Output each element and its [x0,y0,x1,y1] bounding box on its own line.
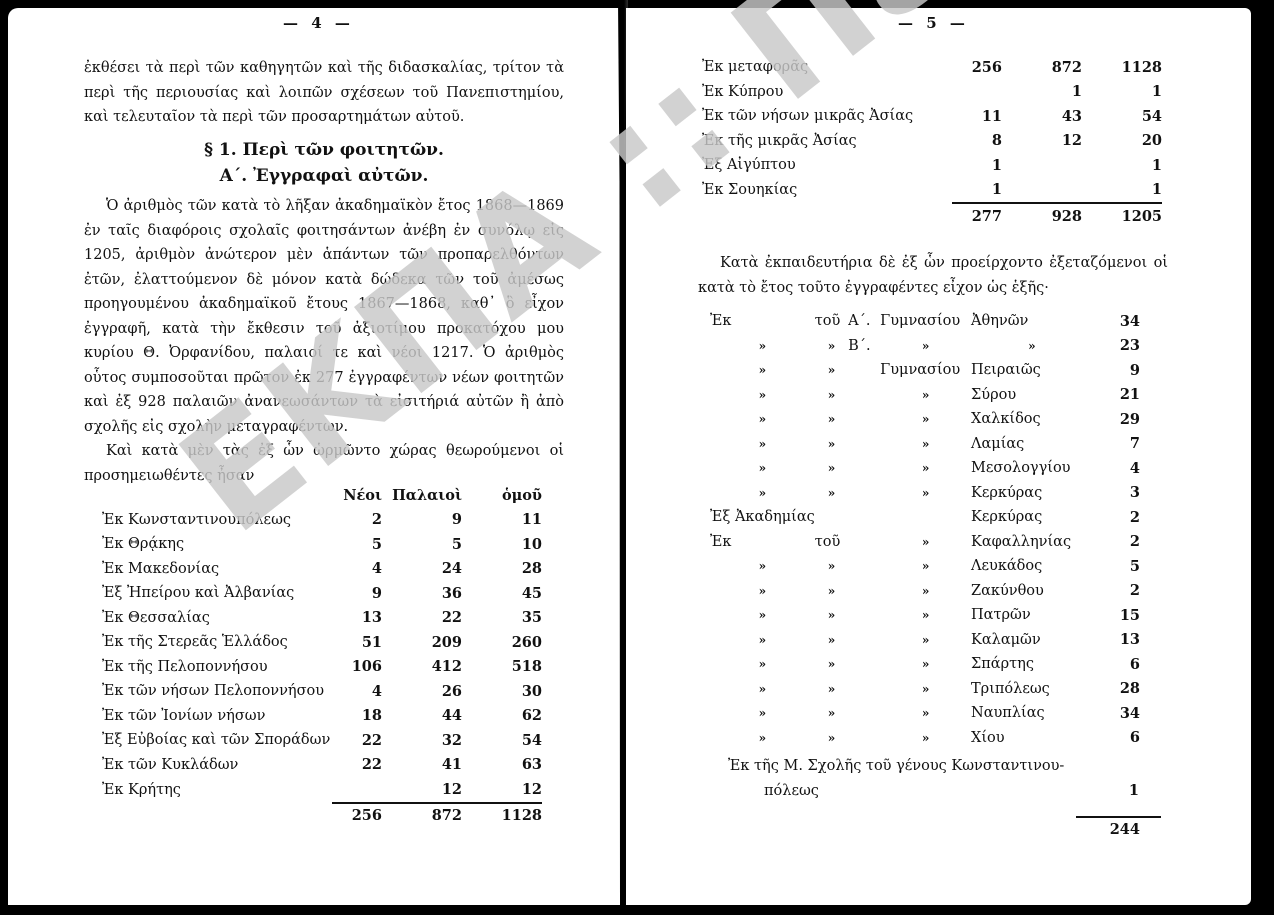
schools-intro: Κατὰ ἐκπαιδευτήρια δὲ ἐξ ὧν προείρχοντο … [698,251,1168,300]
cell-c2: » [815,701,848,726]
cell-old: 43 [1002,104,1082,129]
cell-origin: Ἐκ τῆς Στερεᾶς Ἑλλάδος [102,630,332,655]
table-row: Ἐκ τῆς μικρᾶς Ἀσίας81220 [702,129,1162,154]
cell-city: » [971,334,1093,359]
cell-count: 2 [1093,579,1140,604]
cell-total: 11 [462,508,542,533]
cell-old [1002,178,1082,204]
header-new: Νέοι [332,483,382,508]
table-row: Ἐκ Μακεδονίας42428 [102,557,542,582]
cell-city: Πειραιῶς [971,358,1093,383]
cell-total: 28 [462,557,542,582]
cell-new: 5 [332,532,382,557]
cell-old: 44 [382,704,462,729]
cell-old: 36 [382,581,462,606]
cell-c2: » [815,677,848,702]
cell-city: Σύρου [971,383,1093,408]
cell-c1: » [710,579,815,604]
cell-c2: τοῦ [815,530,848,555]
cell-city: Λαμίας [971,432,1093,457]
cell-old: 12 [382,777,462,803]
cell-c2: » [815,603,848,628]
cell-total: 10 [462,532,542,557]
cell-city: Κερκύρας [971,505,1093,530]
cell-c3 [848,505,880,530]
cell-count: 3 [1093,481,1140,506]
cell-total: 62 [462,704,542,729]
cell-new [952,80,1002,105]
cell-origin: Ἐκ Μακεδονίας [102,557,332,582]
cell-c3 [848,603,880,628]
cell-c2: » [815,383,848,408]
cell-c1: » [710,677,815,702]
cell-origin: Ἐκ μεταφορᾶς [702,55,952,80]
cell-origin: Ἐκ τῶν Ἰονίων νήσων [102,704,332,729]
cell-c4: » [880,334,971,359]
table-row: »»»Καλαμῶν13 [710,628,1140,653]
schools-total: 244 [1076,821,1140,838]
cell-new: 2 [332,508,382,533]
cell-new: 8 [952,129,1002,154]
cell-count: 13 [1093,628,1140,653]
cell-old: 32 [382,728,462,753]
cell-c4: » [880,603,971,628]
cell-old: 9 [382,508,462,533]
totals-row: 256 872 1128 [102,803,542,829]
table-row: »»»Λευκάδος5 [710,554,1140,579]
cell-old: 209 [382,630,462,655]
cell-c3 [848,383,880,408]
table-row: »»»Ναυπλίας34 [710,701,1140,726]
cell-total: 30 [462,679,542,704]
cell-origin: Ἐκ Κωνσταντινουπόλεως [102,508,332,533]
table-row: Ἐκ μεταφορᾶς2568721128 [702,55,1162,80]
table-row: Ἐκ Σουηκίας11 [702,178,1162,204]
table-row: »»»Σύρου21 [710,383,1140,408]
cell-c2: » [815,334,848,359]
cell-count: 2 [1093,530,1140,555]
cell-c1: » [710,603,815,628]
table-header: Νέοι Παλαιοὶ ὁμοῦ [102,483,542,508]
table-row: Ἐκ τῶν νήσων μικρᾶς Ἀσίας114354 [702,104,1162,129]
table-row: Ἐξ Ἠπείρου καὶ Ἀλβανίας93645 [102,581,542,606]
cell-origin: Ἐκ Σουηκίας [702,178,952,204]
cell-new [332,777,382,803]
cell-total: 54 [1082,104,1162,129]
cell-c3 [848,456,880,481]
cell-total: 63 [462,753,542,778]
cell-c4: » [880,726,971,751]
cell-city: Σπάρτης [971,652,1093,677]
cell-c4: Γυμνασίου [880,309,971,334]
cell-city: Κερκύρας [971,481,1093,506]
cell-c1: » [710,726,815,751]
cell-origin: Ἐκ τῶν Κυκλάδων [102,753,332,778]
cell-old: 1 [1002,80,1082,105]
cell-c1: » [710,652,815,677]
cell-city: Χαλκίδος [971,407,1093,432]
subsection-heading: Α΄. Ἐγγραφαὶ αὐτῶν. [84,166,564,186]
table-row: »»»Χαλκίδος29 [710,407,1140,432]
cell-c1: » [710,358,815,383]
cell-new: 4 [332,557,382,582]
cell-old: 24 [382,557,462,582]
right-page: — 5 — Ἐκ μεταφορᾶς2568721128Ἐκ Κύπρου11Ἐ… [626,8,1251,905]
cell-c4: » [880,579,971,604]
cell-count: 34 [1093,701,1140,726]
cell-city: Λευκάδος [971,554,1093,579]
cell-c2: » [815,407,848,432]
cell-c3 [848,579,880,604]
cell-new: 18 [332,704,382,729]
cell-count: 9 [1093,358,1140,383]
cell-new: 4 [332,679,382,704]
paragraph-origins-intro: Καὶ κατὰ μὲν τὰς ἐξ ὧν ὡρμῶντο χώρας θεω… [84,439,564,488]
cell-count: 7 [1093,432,1140,457]
cell-c3 [848,652,880,677]
left-page: — 4 — ἐκθέσει τὰ περὶ τῶν καθηγητῶν καὶ … [8,8,623,905]
table-row: Ἐκ τῆς Στερεᾶς Ἑλλάδος51209260 [102,630,542,655]
table-row: »»»Ζακύνθου2 [710,579,1140,604]
cell-c3 [848,701,880,726]
table-row: »»»Κερκύρας3 [710,481,1140,506]
cell-c4: » [880,628,971,653]
paragraph-schools: Κατὰ ἐκπαιδευτήρια δὲ ἐξ ὧν προείρχοντο … [698,251,1168,300]
cell-total: 1 [1082,80,1162,105]
intro-text: ἐκθέσει τὰ περὶ τῶν καθηγητῶν καὶ τῆς δι… [84,56,564,130]
cell-origin: Ἐκ Θρᾴκης [102,532,332,557]
header-old: Παλαιοὶ [382,483,462,508]
cell-total: 1 [1082,153,1162,178]
cell-origin: Ἐκ Κρήτης [102,777,332,803]
cell-c3: Β΄. [848,334,880,359]
cell-count: 21 [1093,383,1140,408]
cell-c4: » [880,481,971,506]
cell-new: 1 [952,153,1002,178]
cell-c2 [815,505,848,530]
cell-old: 412 [382,655,462,680]
cell-new: 11 [952,104,1002,129]
table-row: »»»Μεσολογγίου4 [710,456,1140,481]
table-row: ἘκτοῦΑ΄.ΓυμνασίουἈθηνῶν34 [710,309,1140,334]
cell-city: Ζακύνθου [971,579,1093,604]
cell-total: 12 [462,777,542,803]
cell-total: 518 [462,655,542,680]
intro-paragraph: ἐκθέσει τὰ περὶ τῶν καθηγητῶν καὶ τῆς δι… [84,56,564,130]
cell-c2: » [815,726,848,751]
cell-origin: Ἐξ Εὐβοίας καὶ τῶν Σποράδων [102,728,332,753]
cell-new: 22 [332,728,382,753]
cell-origin: Ἐκ τῆς Πελοποννήσου [102,655,332,680]
cell-count: 6 [1093,652,1140,677]
cell-c4: » [880,677,971,702]
cell-city: Τριπόλεως [971,677,1093,702]
body-text: Ὁ ἀριθμὸς τῶν κατὰ τὸ λῆξαν ἀκαδημαϊκὸν … [84,194,564,488]
cell-new: 9 [332,581,382,606]
cell-c1: Ἐκ [710,309,815,334]
table-row: »»»Χίου6 [710,726,1140,751]
page-number: — 4 — [283,14,354,32]
cell-total: 20 [1082,129,1162,154]
cell-c3 [848,481,880,506]
cell-origin: Ἐκ τῆς μικρᾶς Ἀσίας [702,129,952,154]
cell-c4: » [880,701,971,726]
cell-c4: » [880,554,971,579]
section-heading: § 1. Περὶ τῶν φοιτητῶν. [84,140,564,160]
cell-c1: Ἐξ Ἀκαδημίας [710,505,815,530]
final-entry: Ἐκ τῆς Μ. Σχολῆς τοῦ γένους Κωνσταντινου… [728,754,1148,803]
cell-old: 26 [382,679,462,704]
cell-c3: Α΄. [848,309,880,334]
cell-c1: Ἐκ [710,530,815,555]
final-entry-line2: πόλεως 1 [728,779,1148,804]
cell-total: 45 [462,581,542,606]
table-row: Ἐξ ἈκαδημίαςΚερκύρας2 [710,505,1140,530]
cell-origin: Ἐκ Θεσσαλίας [102,606,332,631]
cell-city: Καφαλληνίας [971,530,1093,555]
cell-origin: Ἐξ Ἠπείρου καὶ Ἀλβανίας [102,581,332,606]
table-row: Ἐκ Θεσσαλίας132235 [102,606,542,631]
cell-c1: » [710,554,815,579]
cell-count: 29 [1093,407,1140,432]
cell-c1: » [710,334,815,359]
table-row: »»ΓυμνασίουΠειραιῶς9 [710,358,1140,383]
cell-c3 [848,432,880,457]
cell-c4: » [880,383,971,408]
cell-new: 1 [952,178,1002,204]
cell-count: 15 [1093,603,1140,628]
table-row: Ἐκ τῆς Πελοποννήσου106412518 [102,655,542,680]
table-row: »»»Πατρῶν15 [710,603,1140,628]
cell-c1: » [710,481,815,506]
table-row: Ἐκ τῶν Κυκλάδων224163 [102,753,542,778]
cell-c2: τοῦ [815,309,848,334]
cell-c2: » [815,432,848,457]
table-row: Ἐξ Αἰγύπτου11 [702,153,1162,178]
cell-new: 13 [332,606,382,631]
table-row: Ἐκ Κύπρου11 [702,80,1162,105]
cell-origin: Ἐκ τῶν νήσων Πελοποννήσου [102,679,332,704]
cell-old: 5 [382,532,462,557]
cell-c4: » [880,652,971,677]
cell-new: 51 [332,630,382,655]
cell-c3 [848,726,880,751]
cell-c3 [848,530,880,555]
page-number: — 5 — [898,14,969,32]
cell-count: 5 [1093,554,1140,579]
cell-city: Καλαμῶν [971,628,1093,653]
table-row: Ἐκ τῶν Ἰονίων νήσων184462 [102,704,542,729]
cell-c1: » [710,456,815,481]
cell-c4: » [880,530,971,555]
cell-old: 12 [1002,129,1082,154]
cell-new: 256 [952,55,1002,80]
table-row: Ἐκτοῦ»Καφαλληνίας2 [710,530,1140,555]
cell-count: 23 [1093,334,1140,359]
cell-c1: » [710,628,815,653]
table-row: »»»Τριπόλεως28 [710,677,1140,702]
header-total: ὁμοῦ [462,483,542,508]
cell-new: 106 [332,655,382,680]
cell-total: 54 [462,728,542,753]
cell-c1: » [710,407,815,432]
cell-c4: » [880,407,971,432]
cell-origin: Ἐξ Αἰγύπτου [702,153,952,178]
cell-c4 [880,505,971,530]
cell-total: 260 [462,630,542,655]
cell-c2: » [815,358,848,383]
cell-c4: » [880,456,971,481]
cell-c4: Γυμνασίου [880,358,971,383]
cell-c3 [848,677,880,702]
cell-old: 22 [382,606,462,631]
cell-old: 41 [382,753,462,778]
sum-rule [1076,816,1161,818]
table-row: »»Β΄.»»23 [710,334,1140,359]
table-row: Ἐκ Θρᾴκης5510 [102,532,542,557]
cell-city: Μεσολογγίου [971,456,1093,481]
cell-c2: » [815,456,848,481]
origin-table-continued: Ἐκ μεταφορᾶς2568721128Ἐκ Κύπρου11Ἐκ τῶν … [702,55,1162,229]
table-row: Ἐκ τῶν νήσων Πελοποννήσου42630 [102,679,542,704]
table-row: »»»Σπάρτης6 [710,652,1140,677]
cell-city: Ἀθηνῶν [971,309,1093,334]
cell-c2: » [815,481,848,506]
cell-c3 [848,407,880,432]
cell-count: 4 [1093,456,1140,481]
cell-count: 6 [1093,726,1140,751]
cell-total: 35 [462,606,542,631]
cell-c2: » [815,579,848,604]
cell-count: 34 [1093,309,1140,334]
cell-c4: » [880,432,971,457]
cell-origin: Ἐκ Κύπρου [702,80,952,105]
cell-c2: » [815,652,848,677]
cell-count: 2 [1093,505,1140,530]
final-entry-line1: Ἐκ τῆς Μ. Σχολῆς τοῦ γένους Κωνσταντινου… [728,754,1148,779]
totals-row: 277 928 1205 [702,203,1162,229]
cell-city: Ναυπλίας [971,701,1093,726]
schools-table: ἘκτοῦΑ΄.ΓυμνασίουἈθηνῶν34»»Β΄.»»23»»Γυμν… [710,309,1140,750]
cell-city: Χίου [971,726,1093,751]
table-row: »»»Λαμίας7 [710,432,1140,457]
cell-old: 872 [1002,55,1082,80]
cell-origin: Ἐκ τῶν νήσων μικρᾶς Ἀσίας [702,104,952,129]
cell-old [1002,153,1082,178]
table-row: Ἐξ Εὐβοίας καὶ τῶν Σποράδων223254 [102,728,542,753]
table-row: Ἐκ Κρήτης1212 [102,777,542,803]
cell-c3 [848,554,880,579]
cell-total: 1128 [1082,55,1162,80]
cell-c2: » [815,628,848,653]
cell-c2: » [815,554,848,579]
cell-new: 22 [332,753,382,778]
origin-table: Νέοι Παλαιοὶ ὁμοῦ Ἐκ Κωνσταντινουπόλεως2… [102,483,542,828]
cell-city: Πατρῶν [971,603,1093,628]
cell-total: 1 [1082,178,1162,204]
cell-c1: » [710,432,815,457]
cell-c1: » [710,383,815,408]
cell-count: 28 [1093,677,1140,702]
paragraph-enrollment: Ὁ ἀριθμὸς τῶν κατὰ τὸ λῆξαν ἀκαδημαϊκὸν … [84,194,564,439]
table-row: Ἐκ Κωνσταντινουπόλεως2911 [102,508,542,533]
cell-c3 [848,628,880,653]
cell-c3 [848,358,880,383]
cell-c1: » [710,701,815,726]
